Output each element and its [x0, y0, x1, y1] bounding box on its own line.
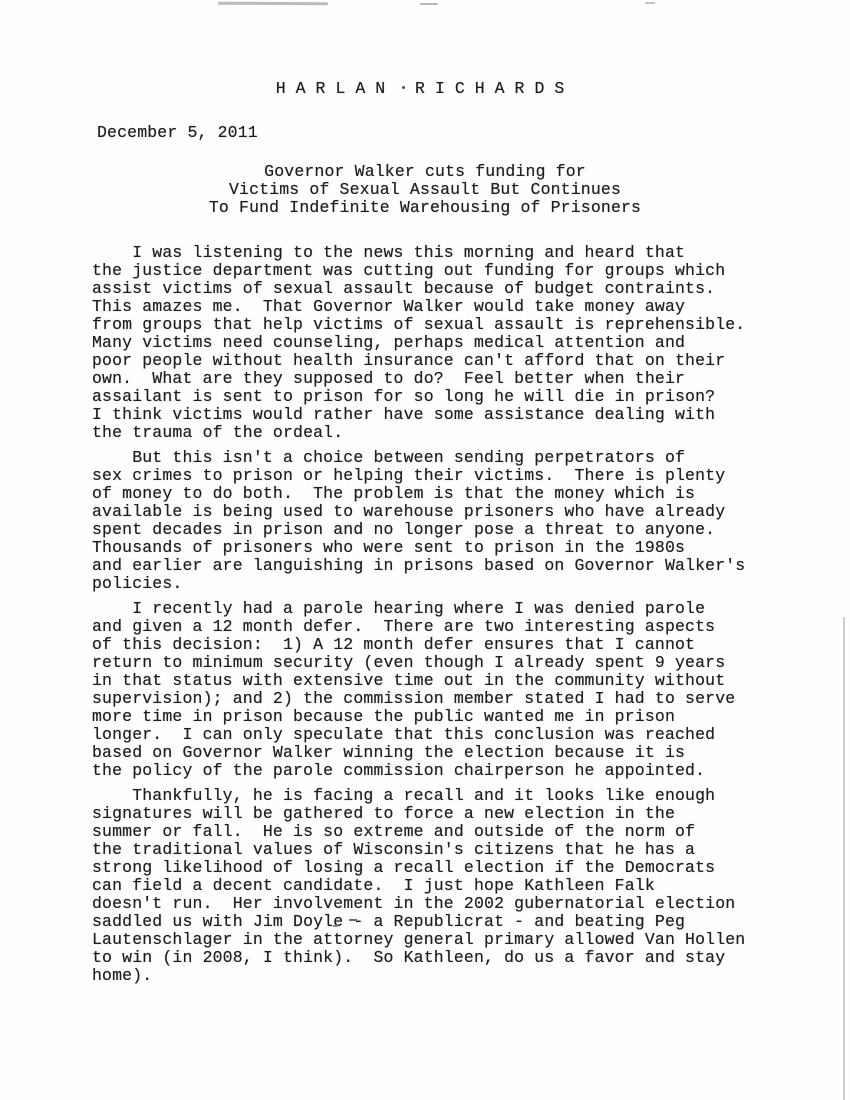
author-name-heading: HARLAN RICHARDS [0, 80, 850, 98]
letter-page: HARLAN RICHARDS December 5, 2011 Governo… [0, 0, 850, 1100]
letter-date: December 5, 2011 [97, 124, 850, 142]
paragraph-3: I recently had a parole hearing where I … [92, 600, 850, 780]
scan-streak-artifact [645, 2, 655, 4]
paragraph-4: Thankfully, he is facing a recall and it… [92, 787, 850, 985]
paragraph-2: But this isn't a choice between sending … [92, 449, 850, 593]
scan-streak-artifact [420, 3, 438, 5]
scan-streak-artifact [218, 2, 328, 5]
paragraph-1: I was listening to the news this morning… [92, 244, 850, 442]
letter-body: I was listening to the news this morning… [92, 244, 850, 985]
letter-title: Governor Walker cuts funding for Victims… [0, 163, 850, 217]
